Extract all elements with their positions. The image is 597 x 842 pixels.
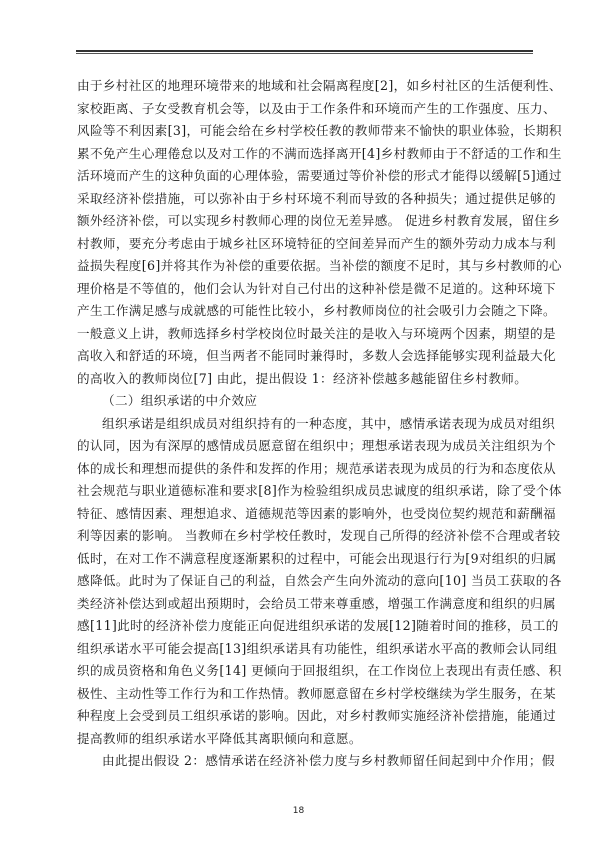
- page-number: 18: [0, 806, 597, 816]
- text-line: 感[11]此时的经济补偿力度能正向促进组织承诺的发展[12]随着时间的推移，员工…: [77, 615, 534, 638]
- text-line: 额外经济补偿，可以实现乡村教师心理的岗位无差异感。 促进乡村教育发展，留住乡: [77, 210, 534, 233]
- text-line: 类经济补偿达到或超出预期时，会给员工带来尊重感，增强工作满意度和组织的归属: [77, 593, 534, 616]
- text-line: 理价格是不等值的，他们会认为针对自己付出的这种补偿是微不足道的。这种环境下: [77, 278, 534, 301]
- text-line: 累不免产生心理倦怠以及对工作的不满而选择离开[4]乡村教师由于不舒适的工作和生: [77, 143, 534, 166]
- document-page: 由于乡村社区的地理环境带来的地域和社会隔离程度[2]，如乡村社区的生活便利性、 …: [0, 0, 597, 842]
- text-line: 提高教师的组织承诺水平降低其离职倾向和意愿。: [77, 728, 534, 751]
- text-line: 的认同，因为有深厚的感情成员愿意留在组织中；理想承诺表现为成员关注组织为个: [77, 435, 534, 458]
- header-rule: [76, 50, 533, 55]
- header-rule-thick-line: [76, 50, 533, 52]
- text-line: 利等因素的影响。 当教师在乡村学校任教时，发现自己所得的经济补偿不合理或者较: [77, 525, 534, 548]
- text-line: 低时，在对工作不满意程度逐渐累积的过程中，可能会出现退行行为[9对组织的归属: [77, 548, 534, 571]
- text-line: 采取经济补偿措施，可以弥补由于乡村环境不利而导致的各种损失；通过提供足够的: [77, 188, 534, 211]
- text-line: 织的成员资格和角色义务[14] 更倾向于回报组织，在工作岗位上表现出有责任感、积: [77, 660, 534, 683]
- text-line: 风险等不利因素[3]，可能会给在乡村学校任教的教师带来不愉快的职业体验，长期积: [77, 120, 534, 143]
- text-line: 的高收入的教师岗位[7] 由此，提出假设 1：经济补偿越多越能留住乡村教师。: [77, 368, 534, 391]
- text-line: 极性、主动性等工作行为和工作热情。教师愿意留在乡村学校继续为学生服务，在某: [77, 683, 534, 706]
- section-heading: （二）组织承诺的中介效应: [77, 390, 534, 413]
- text-line: 家校距离、子女受教育机会等，以及由于工作条件和环境而产生的工作强度、压力、: [77, 98, 534, 121]
- text-line: 村教师，要充分考虑由于城乡社区环境特征的空间差异而产生的额外劳动力成本与利: [77, 233, 534, 256]
- text-line: 活环境而产生的这种负面的心理体验，需要通过等价补偿的形式才能得以缓解[5]通过: [77, 165, 534, 188]
- text-line: 感降低。此时为了保证自己的利益，自然会产生向外流动的意向[10] 当员工获取的各: [77, 570, 534, 593]
- text-line: 体的成长和理想而提供的条件和发挥的作用；规范承诺表现为成员的行为和态度依从: [77, 458, 534, 481]
- text-line: 社会规范与职业道德标准和要求[8]作为检验组织成员忠诚度的组织承诺，除了受个体: [77, 480, 534, 503]
- text-line: 高收入和舒适的环境，但当两者不能同时兼得时，多数人会选择能够实现利益最大化: [77, 345, 534, 368]
- text-line: 益损失程度[6]并将其作为补偿的重要依据。当补偿的额度不足时，其与乡村教师的心: [77, 255, 534, 278]
- text-line: 产生工作满足感与成就感的可能性比较小，乡村教师岗位的社会吸引力会随之下降。: [77, 300, 534, 323]
- header-rule-thin-line: [76, 53, 533, 54]
- body-text: 由于乡村社区的地理环境带来的地域和社会隔离程度[2]，如乡村社区的生活便利性、 …: [77, 75, 534, 773]
- text-line: 组织承诺水平可能会提高[13]组织承诺具有功能性，组织承诺水平高的教师会认同组: [77, 638, 534, 661]
- text-line: 特征、感情因素、理想追求、道德规范等因素的影响外，也受岗位契约规范和薪酬福: [77, 503, 534, 526]
- paragraph-first-line: 组织承诺是组织成员对组织持有的一种态度，其中，感情承诺表现为成员对组织: [77, 413, 534, 436]
- paragraph-first-line: 由此提出假设 2：感情承诺在经济补偿力度与乡村教师留任间起到中介作用；假: [77, 750, 534, 773]
- text-line: 种程度上会受到员工组织承诺的影响。因此，对乡村教师实施经济补偿措施，能通过: [77, 705, 534, 728]
- text-line: 一般意义上讲，教师选择乡村学校岗位时最关注的是收入与环境两个因素，期望的是: [77, 323, 534, 346]
- text-line: 由于乡村社区的地理环境带来的地域和社会隔离程度[2]，如乡村社区的生活便利性、: [77, 75, 534, 98]
